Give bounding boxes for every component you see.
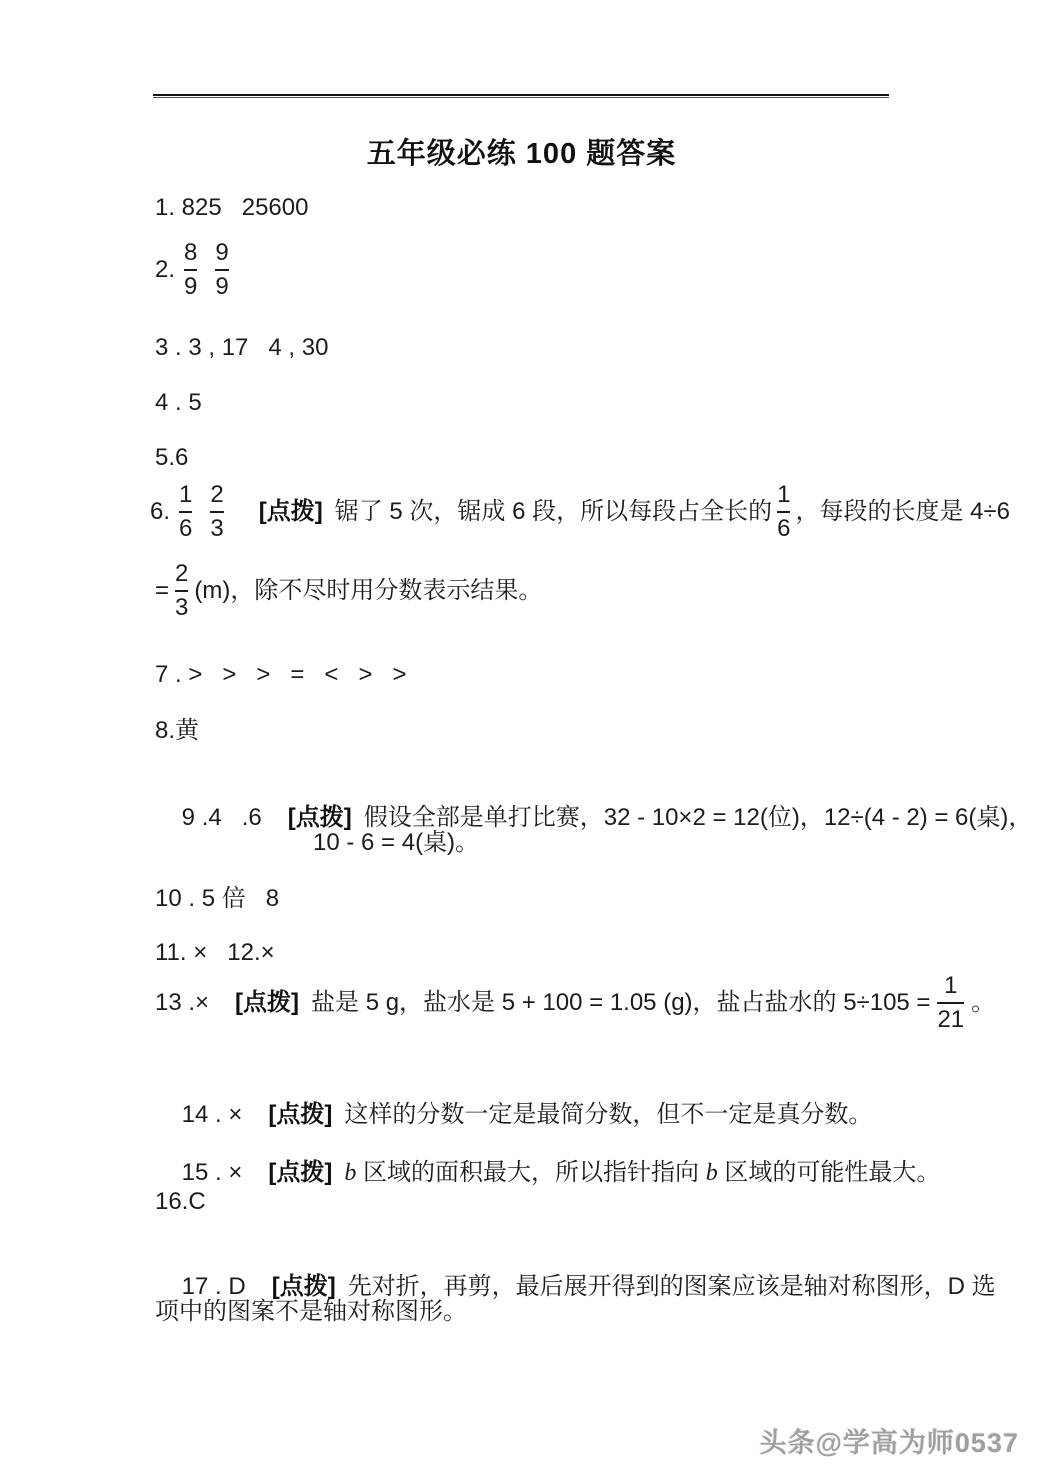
tip-label: [点拨] xyxy=(235,988,299,1018)
top-divider-rule xyxy=(153,94,889,98)
tip-text: 区域的面积最大，所以指针指向 xyxy=(356,1159,705,1186)
answer-line-9-continued: 10 - 6 = 4(桌)。 xyxy=(313,828,479,858)
variable-b: b xyxy=(706,1160,718,1186)
tip-text: 盐是 5 g，盐水是 5 + 100 = 1.05 (g)，盐占盐水的 5÷10… xyxy=(311,988,930,1018)
fraction-bar xyxy=(210,511,223,513)
answer-line-15: 15 . ×[点拨]b 区域的面积最大，所以指针指向 b 区域的可能性最大。 xyxy=(155,1128,940,1218)
fraction-bar xyxy=(937,1002,964,1004)
answer-label: 2. xyxy=(155,255,175,285)
answer-label: 14 . × xyxy=(182,1101,243,1128)
fraction-bar xyxy=(175,590,188,592)
answer-line-13: 13 .× [点拨] 盐是 5 g，盐水是 5 + 100 = 1.05 (g)… xyxy=(155,974,995,1032)
tip-text: 锯了 5 次，锯成 6 段，所以每段占全长的 xyxy=(335,497,772,527)
fraction-bar xyxy=(184,269,197,271)
answer-line-1: 1. 825 25600 xyxy=(155,193,308,223)
fraction-bar xyxy=(179,511,192,513)
tip-text: 。 xyxy=(971,988,995,1018)
watermark: 头条@学高为师0537 xyxy=(760,1421,1019,1460)
tip-label: [点拨] xyxy=(259,497,323,527)
tip-text: 这样的分数一定是最简分数，但不一定是真分数。 xyxy=(344,1101,872,1128)
answer-sheet-page: 五年级必练 100 题答案 1. 825 25600 2. 8 9 9 9 3 … xyxy=(0,0,1043,1474)
answer-line-6-continued: = 2 3 (m)，除不尽时用分数表示结果。 xyxy=(155,562,542,620)
answer-line-11-12: 11. × 12.× xyxy=(155,938,275,968)
fraction: 1 21 xyxy=(935,974,966,1032)
answer-line-4: 4 . 5 xyxy=(155,388,202,418)
answer-line-5: 5.6 xyxy=(155,443,188,473)
tip-text: 先对折，再剪，最后展开得到的图案应该是轴对称图形，D 选 xyxy=(348,1273,996,1300)
answer-line-17-continued: 项中的图案不是轴对称图形。 xyxy=(155,1297,467,1327)
fraction: 2 3 xyxy=(208,483,225,541)
tip-text: (m)，除不尽时用分数表示结果。 xyxy=(194,576,542,606)
answer-line-8: 8.黄 xyxy=(155,716,199,746)
answer-line-10: 10 . 5 倍 8 xyxy=(155,884,279,914)
variable-b: b xyxy=(344,1160,356,1186)
tip-label: [点拨] xyxy=(288,804,352,831)
fraction: 1 6 xyxy=(775,483,792,541)
tip-label: [点拨] xyxy=(272,1273,336,1300)
fraction: 2 3 xyxy=(173,562,190,620)
answer-line-7: 7 . > > > = < > > xyxy=(155,660,406,690)
answer-label: 6. xyxy=(150,497,170,527)
answer-line-2: 2. 8 9 9 9 xyxy=(155,241,238,299)
fraction-bar xyxy=(777,511,790,513)
tip-label: [点拨] xyxy=(268,1159,332,1186)
fraction: 9 9 xyxy=(213,241,230,299)
tip-text: 假设全部是单打比赛，32 - 10×2 = 12(位)，12÷(4 - 2) =… xyxy=(364,804,1033,831)
tip-text: 区域的可能性最大。 xyxy=(718,1159,941,1186)
equals-sign: = xyxy=(155,576,169,606)
answer-label: 9 .4 .6 xyxy=(182,804,262,831)
fraction: 1 6 xyxy=(177,483,194,541)
answer-line-3: 3 . 3 , 17 4 , 30 xyxy=(155,333,328,363)
fraction-bar xyxy=(215,269,228,271)
answer-label: 15 . × xyxy=(182,1159,243,1186)
fraction: 8 9 xyxy=(182,241,199,299)
answer-line-6: 6. 1 6 2 3 [点拨] 锯了 5 次，锯成 6 段，所以每段占全长的 1… xyxy=(150,483,1010,541)
answer-label: 17 . D xyxy=(182,1273,246,1300)
tip-label: [点拨] xyxy=(268,1101,332,1128)
answer-line-16: 16.C xyxy=(155,1187,206,1217)
page-title: 五年级必练 100 题答案 xyxy=(0,131,1043,172)
answer-line-9: 9 .4 .6[点拨]假设全部是单打比赛，32 - 10×2 = 12(位)，1… xyxy=(155,773,1032,863)
tip-text: ，每段的长度是 4÷6 xyxy=(795,497,1010,527)
answer-label: 13 .× xyxy=(155,988,209,1018)
